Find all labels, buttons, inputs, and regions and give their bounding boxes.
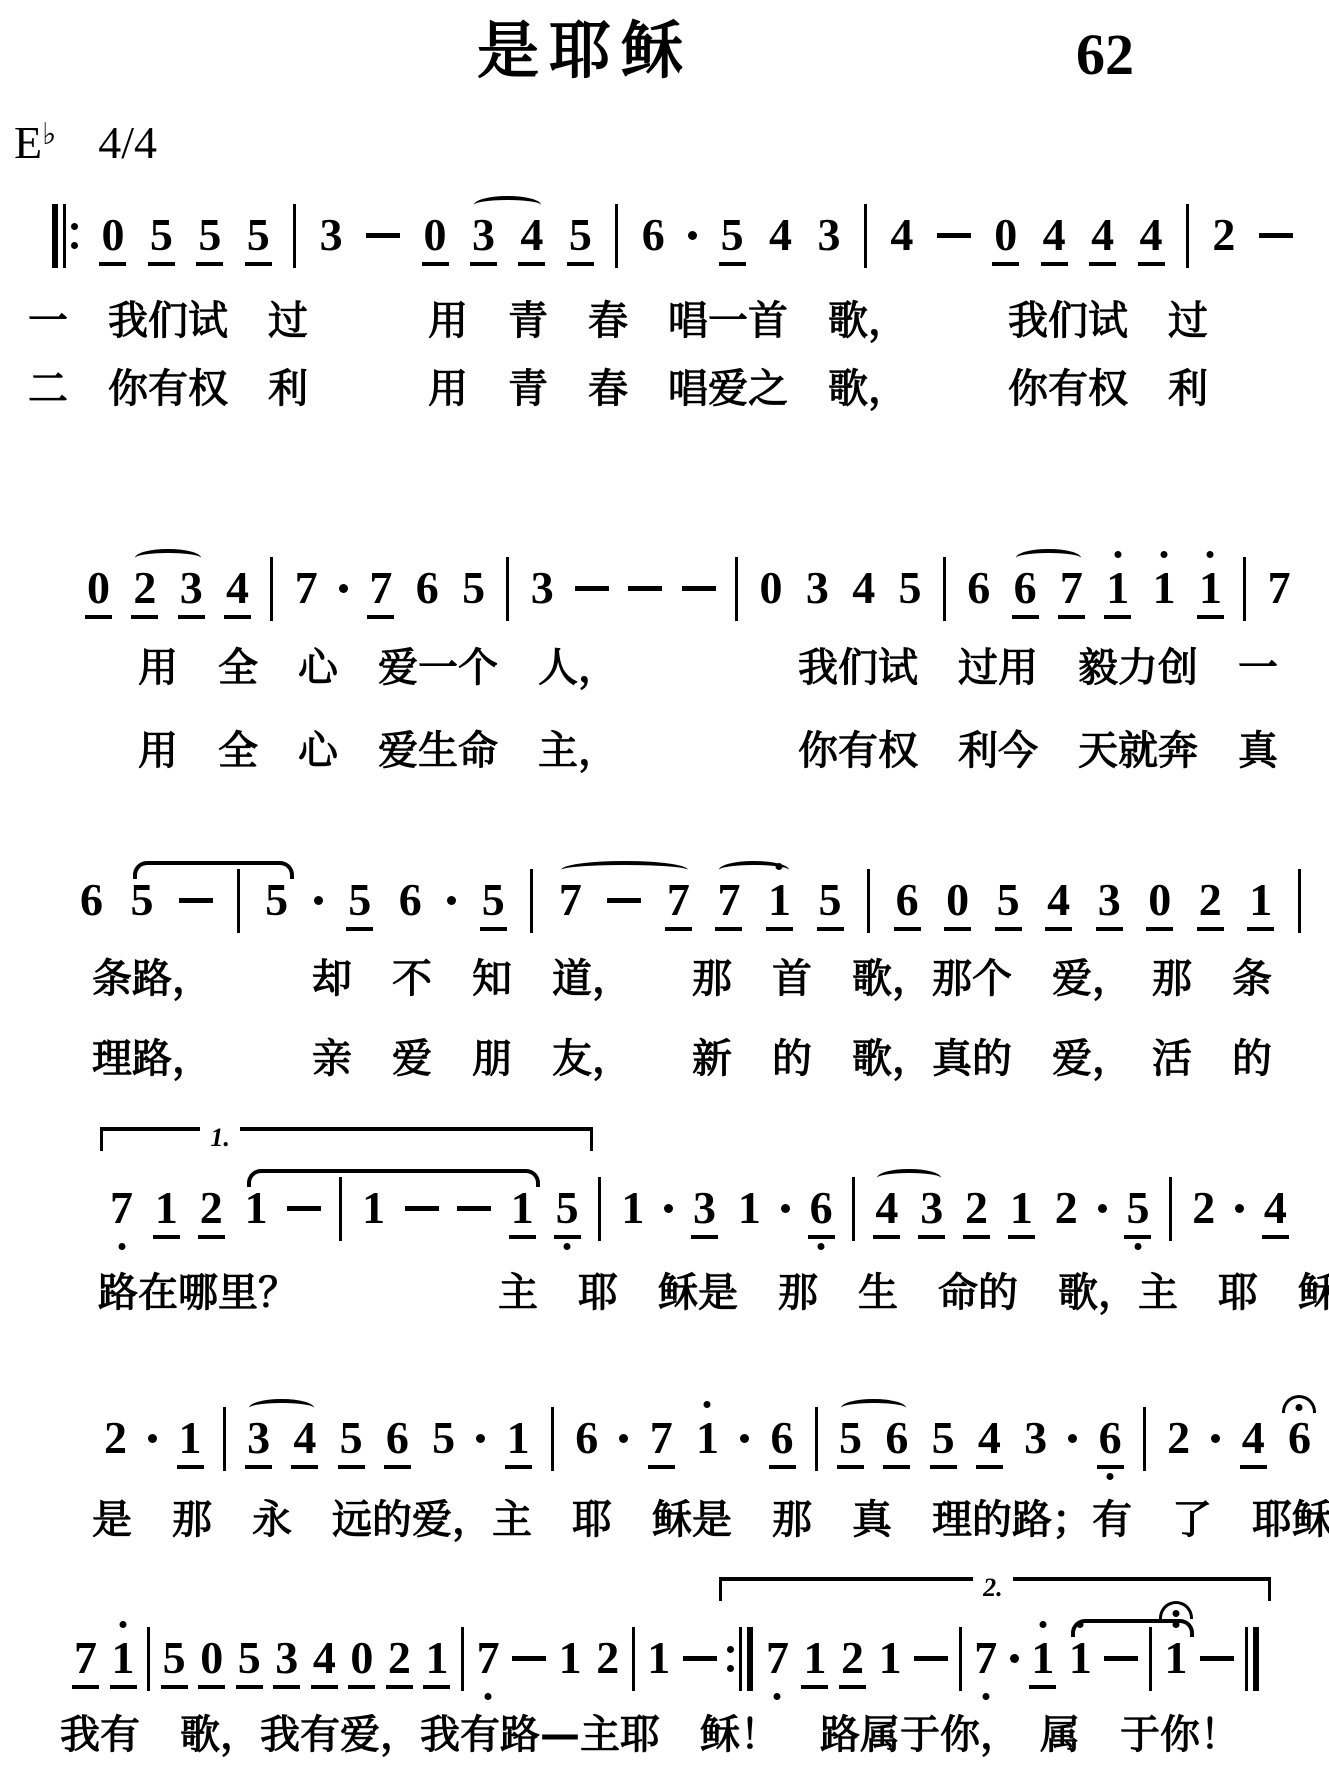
note-4: 4 bbox=[1089, 194, 1116, 266]
note-0: 0 bbox=[1146, 859, 1173, 931]
note-2: 2 bbox=[1210, 194, 1237, 258]
note-0: 0 bbox=[944, 859, 971, 931]
note-4: 4 bbox=[1138, 194, 1165, 266]
note-number: 7 bbox=[72, 1635, 99, 1689]
augmentation-dot bbox=[740, 1434, 749, 1443]
slur bbox=[841, 1399, 906, 1417]
note-number: 1 bbox=[694, 1415, 721, 1461]
note-number: 5 bbox=[719, 212, 746, 266]
barline bbox=[270, 557, 273, 621]
note-6: 6 bbox=[384, 1397, 411, 1469]
barline bbox=[52, 204, 58, 268]
note-7: 7 bbox=[764, 1617, 791, 1681]
barline bbox=[506, 557, 509, 621]
note-5: 5 bbox=[245, 194, 272, 266]
repeat-begin-sign bbox=[52, 204, 78, 268]
note-number: 0 bbox=[944, 877, 971, 931]
note-3: 3 bbox=[529, 547, 556, 611]
note-5: 5 bbox=[161, 1617, 188, 1689]
slur bbox=[1016, 549, 1081, 567]
note-6: 6 bbox=[1097, 1397, 1124, 1469]
barline bbox=[63, 204, 66, 268]
note-number: 2 bbox=[1165, 1415, 1192, 1461]
note-number: 5 bbox=[460, 565, 487, 611]
note-number: 0 bbox=[992, 212, 1019, 266]
note-number: 7 bbox=[475, 1635, 502, 1681]
lyrics-line6: 我有 歌，我有爱，我有路—主耶 稣！ 路属于你， 属 于你！ bbox=[60, 1712, 1240, 1758]
note-number: 4 bbox=[767, 212, 794, 258]
note-number: 4 bbox=[291, 1415, 318, 1469]
octave-dot-below bbox=[1134, 1243, 1141, 1250]
barline bbox=[864, 204, 867, 268]
note-number: 5 bbox=[346, 877, 373, 931]
note-6: 6 bbox=[573, 1397, 600, 1461]
note-number: 1 bbox=[801, 1635, 828, 1689]
augmentation-dot bbox=[1010, 1654, 1019, 1663]
note-number: 1 bbox=[766, 877, 793, 931]
note-2: 2 bbox=[1197, 859, 1224, 931]
note-number: 4 bbox=[224, 565, 251, 619]
note-1: 1 bbox=[423, 1617, 450, 1689]
note-2: 2 bbox=[1053, 1167, 1080, 1231]
note-3: 3 bbox=[804, 547, 831, 611]
sheet-music-page: { "page": { "title": "是耶稣", "page_number… bbox=[0, 0, 1329, 1784]
note-6: 6 bbox=[1286, 1397, 1313, 1461]
octave-dot-below bbox=[564, 1243, 571, 1250]
augmentation-dot bbox=[447, 896, 456, 905]
key-signature: E♭4/4 bbox=[14, 120, 157, 166]
note-number: 1 bbox=[505, 1415, 532, 1469]
note-3: 3 bbox=[815, 194, 842, 258]
note-number: 6 bbox=[78, 877, 105, 923]
note-7: 7 bbox=[72, 1617, 99, 1689]
barline bbox=[852, 1177, 855, 1241]
note-number: 4 bbox=[1262, 1185, 1289, 1239]
duration-dash bbox=[1104, 1656, 1138, 1661]
note-number: 2 bbox=[839, 1635, 866, 1689]
notation-line-2: 02347765303456671117 bbox=[85, 547, 1293, 633]
note-number: 5 bbox=[161, 1635, 188, 1689]
note-number: 3 bbox=[245, 1415, 272, 1469]
duration-dash bbox=[607, 898, 641, 903]
note-number: 4 bbox=[1138, 212, 1165, 266]
note-number: 3 bbox=[918, 1185, 945, 1239]
note-number: 6 bbox=[1012, 565, 1039, 619]
note-number: 6 bbox=[640, 212, 667, 258]
note-5: 5 bbox=[196, 194, 223, 266]
note-1: 1 bbox=[801, 1617, 828, 1689]
augmentation-dot bbox=[688, 231, 697, 240]
lyrics-line5: 是 那 永 远的爱，主 耶 稣是 那 真 理的路；有 了 耶稣 bbox=[92, 1497, 1329, 1543]
note-number: 5 bbox=[995, 877, 1022, 931]
note-number: 2 bbox=[1197, 877, 1224, 931]
note-number: 3 bbox=[273, 1635, 300, 1689]
note-number: 1 bbox=[1029, 1635, 1056, 1689]
note-0: 0 bbox=[422, 194, 449, 266]
slur bbox=[1071, 1619, 1194, 1637]
slur bbox=[247, 1169, 540, 1187]
note-number: 6 bbox=[573, 1415, 600, 1461]
note-number: 5 bbox=[148, 212, 175, 266]
note-number: 1 bbox=[423, 1635, 450, 1689]
barline bbox=[632, 1627, 635, 1691]
note-1: 1 bbox=[1104, 547, 1131, 619]
note-1: 1 bbox=[1151, 547, 1178, 611]
duration-dash bbox=[512, 1656, 546, 1661]
note-number: 4 bbox=[518, 212, 545, 266]
octave-dot-below bbox=[774, 1693, 781, 1700]
barline bbox=[815, 1407, 818, 1471]
note-2: 2 bbox=[198, 1167, 225, 1239]
barline bbox=[147, 1627, 150, 1691]
note-1: 1 bbox=[877, 1617, 904, 1681]
note-2: 2 bbox=[1190, 1167, 1217, 1231]
lyrics-verse2-line1: 二 你有权 利 用 青 春 唱爱之 歌， 你有权 利 bbox=[28, 366, 1208, 412]
note-3: 3 bbox=[1096, 859, 1123, 931]
fermata-icon bbox=[1282, 1395, 1316, 1413]
note-number: 3 bbox=[318, 212, 345, 258]
barline bbox=[747, 1627, 753, 1691]
note-2: 2 bbox=[594, 1617, 621, 1681]
note-number: 1 bbox=[1247, 877, 1274, 931]
slur bbox=[719, 861, 789, 879]
note-number: 1 bbox=[1163, 1635, 1190, 1681]
note-number: 7 bbox=[108, 1185, 135, 1231]
note-number: 1 bbox=[243, 1185, 270, 1231]
repeat-end-sign bbox=[727, 1627, 753, 1691]
note-number: 1 bbox=[509, 1185, 536, 1239]
note-number: 7 bbox=[972, 1635, 999, 1681]
note-number: 4 bbox=[873, 1185, 900, 1239]
note-4: 4 bbox=[1240, 1397, 1267, 1469]
notation-line-1: 0555303456543404442 bbox=[52, 194, 1293, 280]
note-6: 6 bbox=[414, 547, 441, 611]
note-1: 1 bbox=[1008, 1167, 1035, 1239]
note-1: 1 bbox=[1247, 859, 1274, 931]
note-7: 7 bbox=[648, 1397, 675, 1469]
barline bbox=[551, 1407, 554, 1471]
repeat-dot bbox=[71, 242, 78, 249]
augmentation-dot bbox=[781, 1204, 790, 1213]
duration-dash bbox=[366, 233, 400, 238]
barline bbox=[943, 557, 946, 621]
duration-dash bbox=[1259, 233, 1293, 238]
note-5: 5 bbox=[817, 859, 844, 931]
note-number: 1 bbox=[1104, 565, 1131, 619]
note-4: 4 bbox=[976, 1397, 1003, 1469]
note-number: 0 bbox=[99, 212, 126, 266]
barline bbox=[1253, 1627, 1259, 1691]
note-number: 2 bbox=[1190, 1185, 1217, 1231]
barline bbox=[735, 557, 738, 621]
note-5: 5 bbox=[1124, 1167, 1151, 1239]
note-number: 6 bbox=[769, 1415, 796, 1469]
note-number: 5 bbox=[567, 212, 594, 266]
note-number: 7 bbox=[367, 565, 394, 619]
note-number: 1 bbox=[1197, 565, 1224, 619]
note-5: 5 bbox=[460, 547, 487, 611]
lyrics-verse1-line2: 用 全 心 爱一个 人， 我们试 过用 毅力创 一 bbox=[138, 645, 1278, 691]
ending-number: 1. bbox=[200, 1125, 240, 1151]
lyrics-verse2-line3: 理路， 亲 爱 朋 友， 新 的 歌，真的 爱， 活 的 bbox=[92, 1036, 1272, 1082]
fermata-icon bbox=[1159, 1601, 1193, 1619]
augmentation-dot bbox=[1068, 1434, 1077, 1443]
page-number: 62 bbox=[1076, 26, 1134, 84]
note-number: 5 bbox=[338, 1415, 365, 1469]
duration-dash bbox=[937, 233, 971, 238]
note-4: 4 bbox=[1041, 194, 1068, 266]
note-number: 3 bbox=[1022, 1415, 1049, 1461]
note-1: 1 bbox=[557, 1617, 584, 1681]
note-number: 3 bbox=[804, 565, 831, 611]
duration-dash bbox=[179, 898, 213, 903]
octave-dot-above bbox=[704, 1401, 711, 1408]
note-3: 3 bbox=[1022, 1397, 1049, 1461]
slur bbox=[135, 549, 201, 567]
note-number: 7 bbox=[648, 1415, 675, 1469]
note-number: 5 bbox=[837, 1415, 864, 1469]
note-number: 7 bbox=[293, 565, 320, 611]
ending-number: 2. bbox=[973, 1575, 1013, 1601]
repeat-dots bbox=[727, 1646, 734, 1672]
note-1: 1 bbox=[110, 1617, 137, 1689]
slur bbox=[133, 861, 294, 879]
note-number: 0 bbox=[348, 1635, 375, 1689]
note-5: 5 bbox=[480, 859, 507, 931]
note-5: 5 bbox=[930, 1397, 957, 1469]
barline bbox=[223, 1407, 226, 1471]
note-number: 0 bbox=[198, 1635, 225, 1689]
note-number: 4 bbox=[888, 212, 915, 258]
octave-dot-below bbox=[818, 1243, 825, 1250]
note-number: 6 bbox=[414, 565, 441, 611]
note-2: 2 bbox=[963, 1167, 990, 1239]
note-4: 4 bbox=[1045, 859, 1072, 931]
barline bbox=[530, 869, 533, 933]
note-number: 6 bbox=[384, 1415, 411, 1469]
duration-dash bbox=[457, 1206, 491, 1211]
note-number: 5 bbox=[930, 1415, 957, 1469]
note-number: 7 bbox=[715, 877, 742, 931]
note-number: 5 bbox=[236, 1635, 263, 1689]
note-number: 5 bbox=[263, 877, 290, 923]
note-number: 1 bbox=[177, 1415, 204, 1469]
note-5: 5 bbox=[897, 547, 924, 611]
note-6: 6 bbox=[769, 1397, 796, 1469]
note-1: 1 bbox=[736, 1167, 763, 1231]
note-number: 0 bbox=[85, 565, 112, 619]
duration-dash bbox=[575, 586, 609, 591]
slur bbox=[249, 1399, 314, 1417]
note-number: 2 bbox=[198, 1185, 225, 1239]
duration-dash bbox=[405, 1206, 439, 1211]
note-6: 6 bbox=[965, 547, 992, 611]
octave-dot-below bbox=[485, 1693, 492, 1700]
octave-dot-above bbox=[120, 1621, 127, 1628]
note-number: 5 bbox=[1124, 1185, 1151, 1239]
barline bbox=[293, 204, 296, 268]
note-number: 2 bbox=[102, 1415, 129, 1461]
note-2: 2 bbox=[102, 1397, 129, 1461]
key-letter: E bbox=[14, 117, 42, 168]
barline bbox=[598, 1177, 601, 1241]
note-number: 7 bbox=[557, 877, 584, 923]
note-1: 1 bbox=[645, 1617, 672, 1681]
augmentation-dot bbox=[148, 1434, 157, 1443]
note-number: 2 bbox=[1210, 212, 1237, 258]
note-6: 6 bbox=[894, 859, 921, 931]
note-5: 5 bbox=[236, 1617, 263, 1689]
duration-dash bbox=[628, 586, 662, 591]
note-number: 4 bbox=[976, 1415, 1003, 1469]
note-number: 7 bbox=[665, 877, 692, 931]
note-number: 4 bbox=[850, 565, 877, 611]
note-2: 2 bbox=[839, 1617, 866, 1689]
note-1: 1 bbox=[619, 1167, 646, 1231]
repeat-dot bbox=[727, 1665, 734, 1672]
repeat-dots bbox=[71, 223, 78, 249]
note-0: 0 bbox=[348, 1617, 375, 1689]
note-0: 0 bbox=[85, 547, 112, 619]
note-number: 3 bbox=[470, 212, 497, 266]
note-0: 0 bbox=[198, 1617, 225, 1689]
note-0: 0 bbox=[99, 194, 126, 266]
note-number: 2 bbox=[1053, 1185, 1080, 1231]
note-2: 2 bbox=[1165, 1397, 1192, 1461]
note-number: 0 bbox=[1146, 877, 1173, 931]
note-1: 1 bbox=[694, 1397, 721, 1461]
note-5: 5 bbox=[148, 194, 175, 266]
note-4: 4 bbox=[767, 194, 794, 258]
octave-dot-above bbox=[1161, 551, 1168, 558]
note-1: 1 bbox=[177, 1397, 204, 1469]
note-number: 5 bbox=[817, 877, 844, 931]
note-number: 0 bbox=[422, 212, 449, 266]
barline bbox=[739, 1627, 742, 1691]
note-number: 6 bbox=[1286, 1415, 1313, 1461]
notation-line-4: 71211151316432125241. bbox=[108, 1167, 1289, 1253]
note-number: 3 bbox=[1096, 877, 1123, 931]
note-4: 4 bbox=[311, 1617, 338, 1689]
note-6: 6 bbox=[640, 194, 667, 258]
ending-bracket: 2. bbox=[719, 1577, 1271, 1601]
note-number: 1 bbox=[153, 1185, 180, 1239]
note-number: 2 bbox=[386, 1635, 413, 1689]
note-5: 5 bbox=[719, 194, 746, 266]
note-number: 1 bbox=[736, 1185, 763, 1231]
note-1: 1 bbox=[153, 1167, 180, 1239]
note-7: 7 bbox=[475, 1617, 502, 1681]
note-1: 1 bbox=[1029, 1617, 1056, 1689]
note-number: 6 bbox=[965, 565, 992, 611]
final-barline bbox=[1245, 1627, 1259, 1691]
note-number: 5 bbox=[129, 877, 156, 923]
barline bbox=[1143, 1407, 1146, 1471]
note-number: 4 bbox=[1041, 212, 1068, 266]
barline bbox=[867, 869, 870, 933]
note-number: 6 bbox=[1097, 1415, 1124, 1469]
augmentation-dot bbox=[1098, 1204, 1107, 1213]
duration-dash bbox=[682, 586, 716, 591]
ending-bracket: 1. bbox=[100, 1127, 593, 1151]
note-number: 2 bbox=[131, 565, 158, 619]
note-3: 3 bbox=[318, 194, 345, 258]
barline bbox=[1169, 1177, 1172, 1241]
note-5: 5 bbox=[338, 1397, 365, 1469]
note-0: 0 bbox=[758, 547, 785, 611]
augmentation-dot bbox=[339, 584, 348, 593]
duration-dash bbox=[1200, 1656, 1234, 1661]
augmentation-dot bbox=[619, 1434, 628, 1443]
note-number: 1 bbox=[360, 1185, 387, 1231]
augmentation-dot bbox=[1235, 1204, 1244, 1213]
repeat-dot bbox=[727, 1646, 734, 1653]
note-number: 1 bbox=[645, 1635, 672, 1681]
duration-dash bbox=[287, 1206, 321, 1211]
octave-dot-above bbox=[1207, 551, 1214, 558]
barline bbox=[959, 1627, 962, 1691]
slur bbox=[474, 196, 541, 214]
note-number: 1 bbox=[619, 1185, 646, 1231]
note-1: 1 bbox=[505, 1397, 532, 1469]
note-7: 7 bbox=[293, 547, 320, 611]
octave-dot-above bbox=[1114, 551, 1121, 558]
note-number: 5 bbox=[554, 1185, 581, 1239]
note-5: 5 bbox=[430, 1397, 457, 1461]
note-4: 4 bbox=[850, 547, 877, 611]
octave-dot-above bbox=[1039, 1621, 1046, 1628]
octave-dot-below bbox=[1107, 1473, 1114, 1480]
note-7: 7 bbox=[108, 1167, 135, 1231]
note-number: 1 bbox=[1008, 1185, 1035, 1239]
notation-line-3: 6555657771560543021 bbox=[78, 859, 1301, 945]
note-3: 3 bbox=[691, 1167, 718, 1239]
note-number: 1 bbox=[877, 1635, 904, 1681]
notation-line-6: 71505340217121712171112. bbox=[72, 1617, 1259, 1703]
note-number: 5 bbox=[897, 565, 924, 611]
page-title: 是耶稣 bbox=[0, 20, 1170, 82]
barline bbox=[615, 204, 618, 268]
note-number: 3 bbox=[691, 1185, 718, 1239]
lyrics-verse2-line2: 用 全 心 爱生命 主， 你有权 利今 天就奔 真 bbox=[138, 728, 1278, 774]
barline bbox=[1298, 869, 1301, 933]
note-6: 6 bbox=[397, 859, 424, 923]
barline bbox=[461, 1627, 464, 1691]
note-number: 4 bbox=[1089, 212, 1116, 266]
slur bbox=[877, 1169, 941, 1187]
note-number: 4 bbox=[1045, 877, 1072, 931]
time-signature: 4/4 bbox=[98, 117, 157, 168]
note-number: 5 bbox=[245, 212, 272, 266]
note-number: 6 bbox=[883, 1415, 910, 1469]
barline bbox=[1243, 557, 1246, 621]
octave-dot-below bbox=[982, 1693, 989, 1700]
lyrics-verse1-line1: 一 我们试 过 用 青 春 唱一首 歌， 我们试 过 bbox=[28, 298, 1208, 344]
note-4: 4 bbox=[1262, 1167, 1289, 1239]
note-7: 7 bbox=[1266, 547, 1293, 611]
lyrics-verse1-line3: 条路， 却 不 知 道， 那 首 歌，那个 爱， 那 条 bbox=[92, 956, 1272, 1002]
barline bbox=[1186, 204, 1189, 268]
repeat-dot bbox=[71, 223, 78, 230]
note-number: 5 bbox=[430, 1415, 457, 1461]
note-4: 4 bbox=[224, 547, 251, 619]
note-number: 7 bbox=[1266, 565, 1293, 611]
note-number: 3 bbox=[815, 212, 842, 258]
note-5: 5 bbox=[554, 1167, 581, 1239]
augmentation-dot bbox=[664, 1204, 673, 1213]
note-7: 7 bbox=[367, 547, 394, 619]
augmentation-dot bbox=[314, 896, 323, 905]
